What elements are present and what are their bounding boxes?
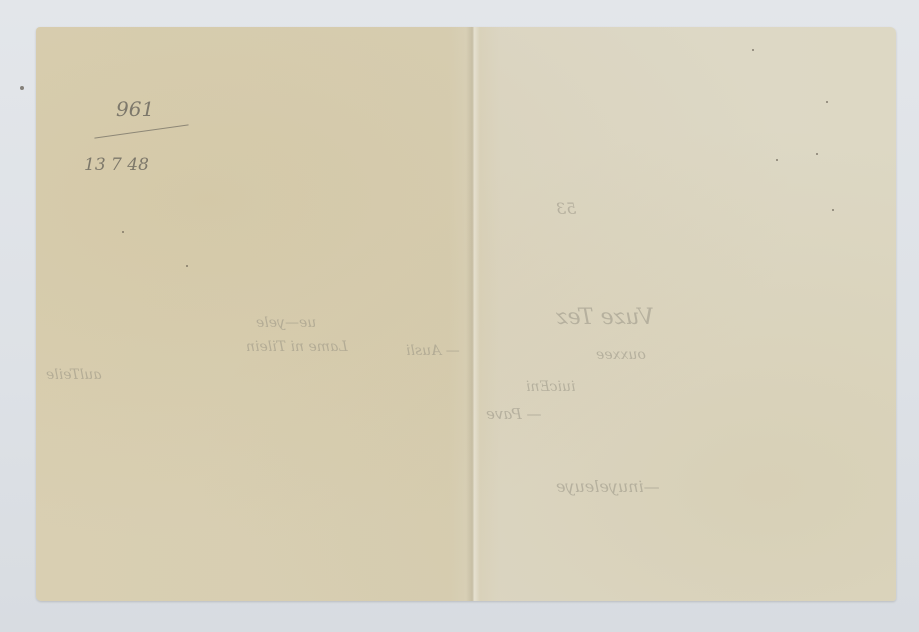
bleed-line: iuicEni [526,379,576,395]
bleed-line: aulTeile [46,367,102,383]
dust-speck [20,86,24,90]
ink-speck [816,153,818,155]
ink-speck [826,101,828,103]
paper-sheet: 961 13 7 48 53 Vuze Tez ouxxee iuicEni —… [36,27,896,601]
pencil-date: 13 7 48 [84,155,149,175]
bleed-line: — Pave [486,405,541,423]
bleed-line: Vuze Tez [556,305,654,330]
ink-speck [776,159,778,161]
bleed-line: ouxxee [596,347,646,363]
pencil-number: 961 [116,97,154,121]
ink-speck [186,265,188,267]
pencil-underline [94,124,188,138]
bleed-line: 53 [556,199,576,218]
ink-speck [752,49,754,51]
bleed-line: — Ausli [406,343,460,359]
bleed-line: Lame ni Tilein [246,339,348,355]
center-fold [466,27,480,601]
ink-speck [832,209,834,211]
ink-speck [122,231,124,233]
bleed-line: ue—yele [256,315,316,331]
bleed-line: —inuyeleuye [556,477,660,496]
